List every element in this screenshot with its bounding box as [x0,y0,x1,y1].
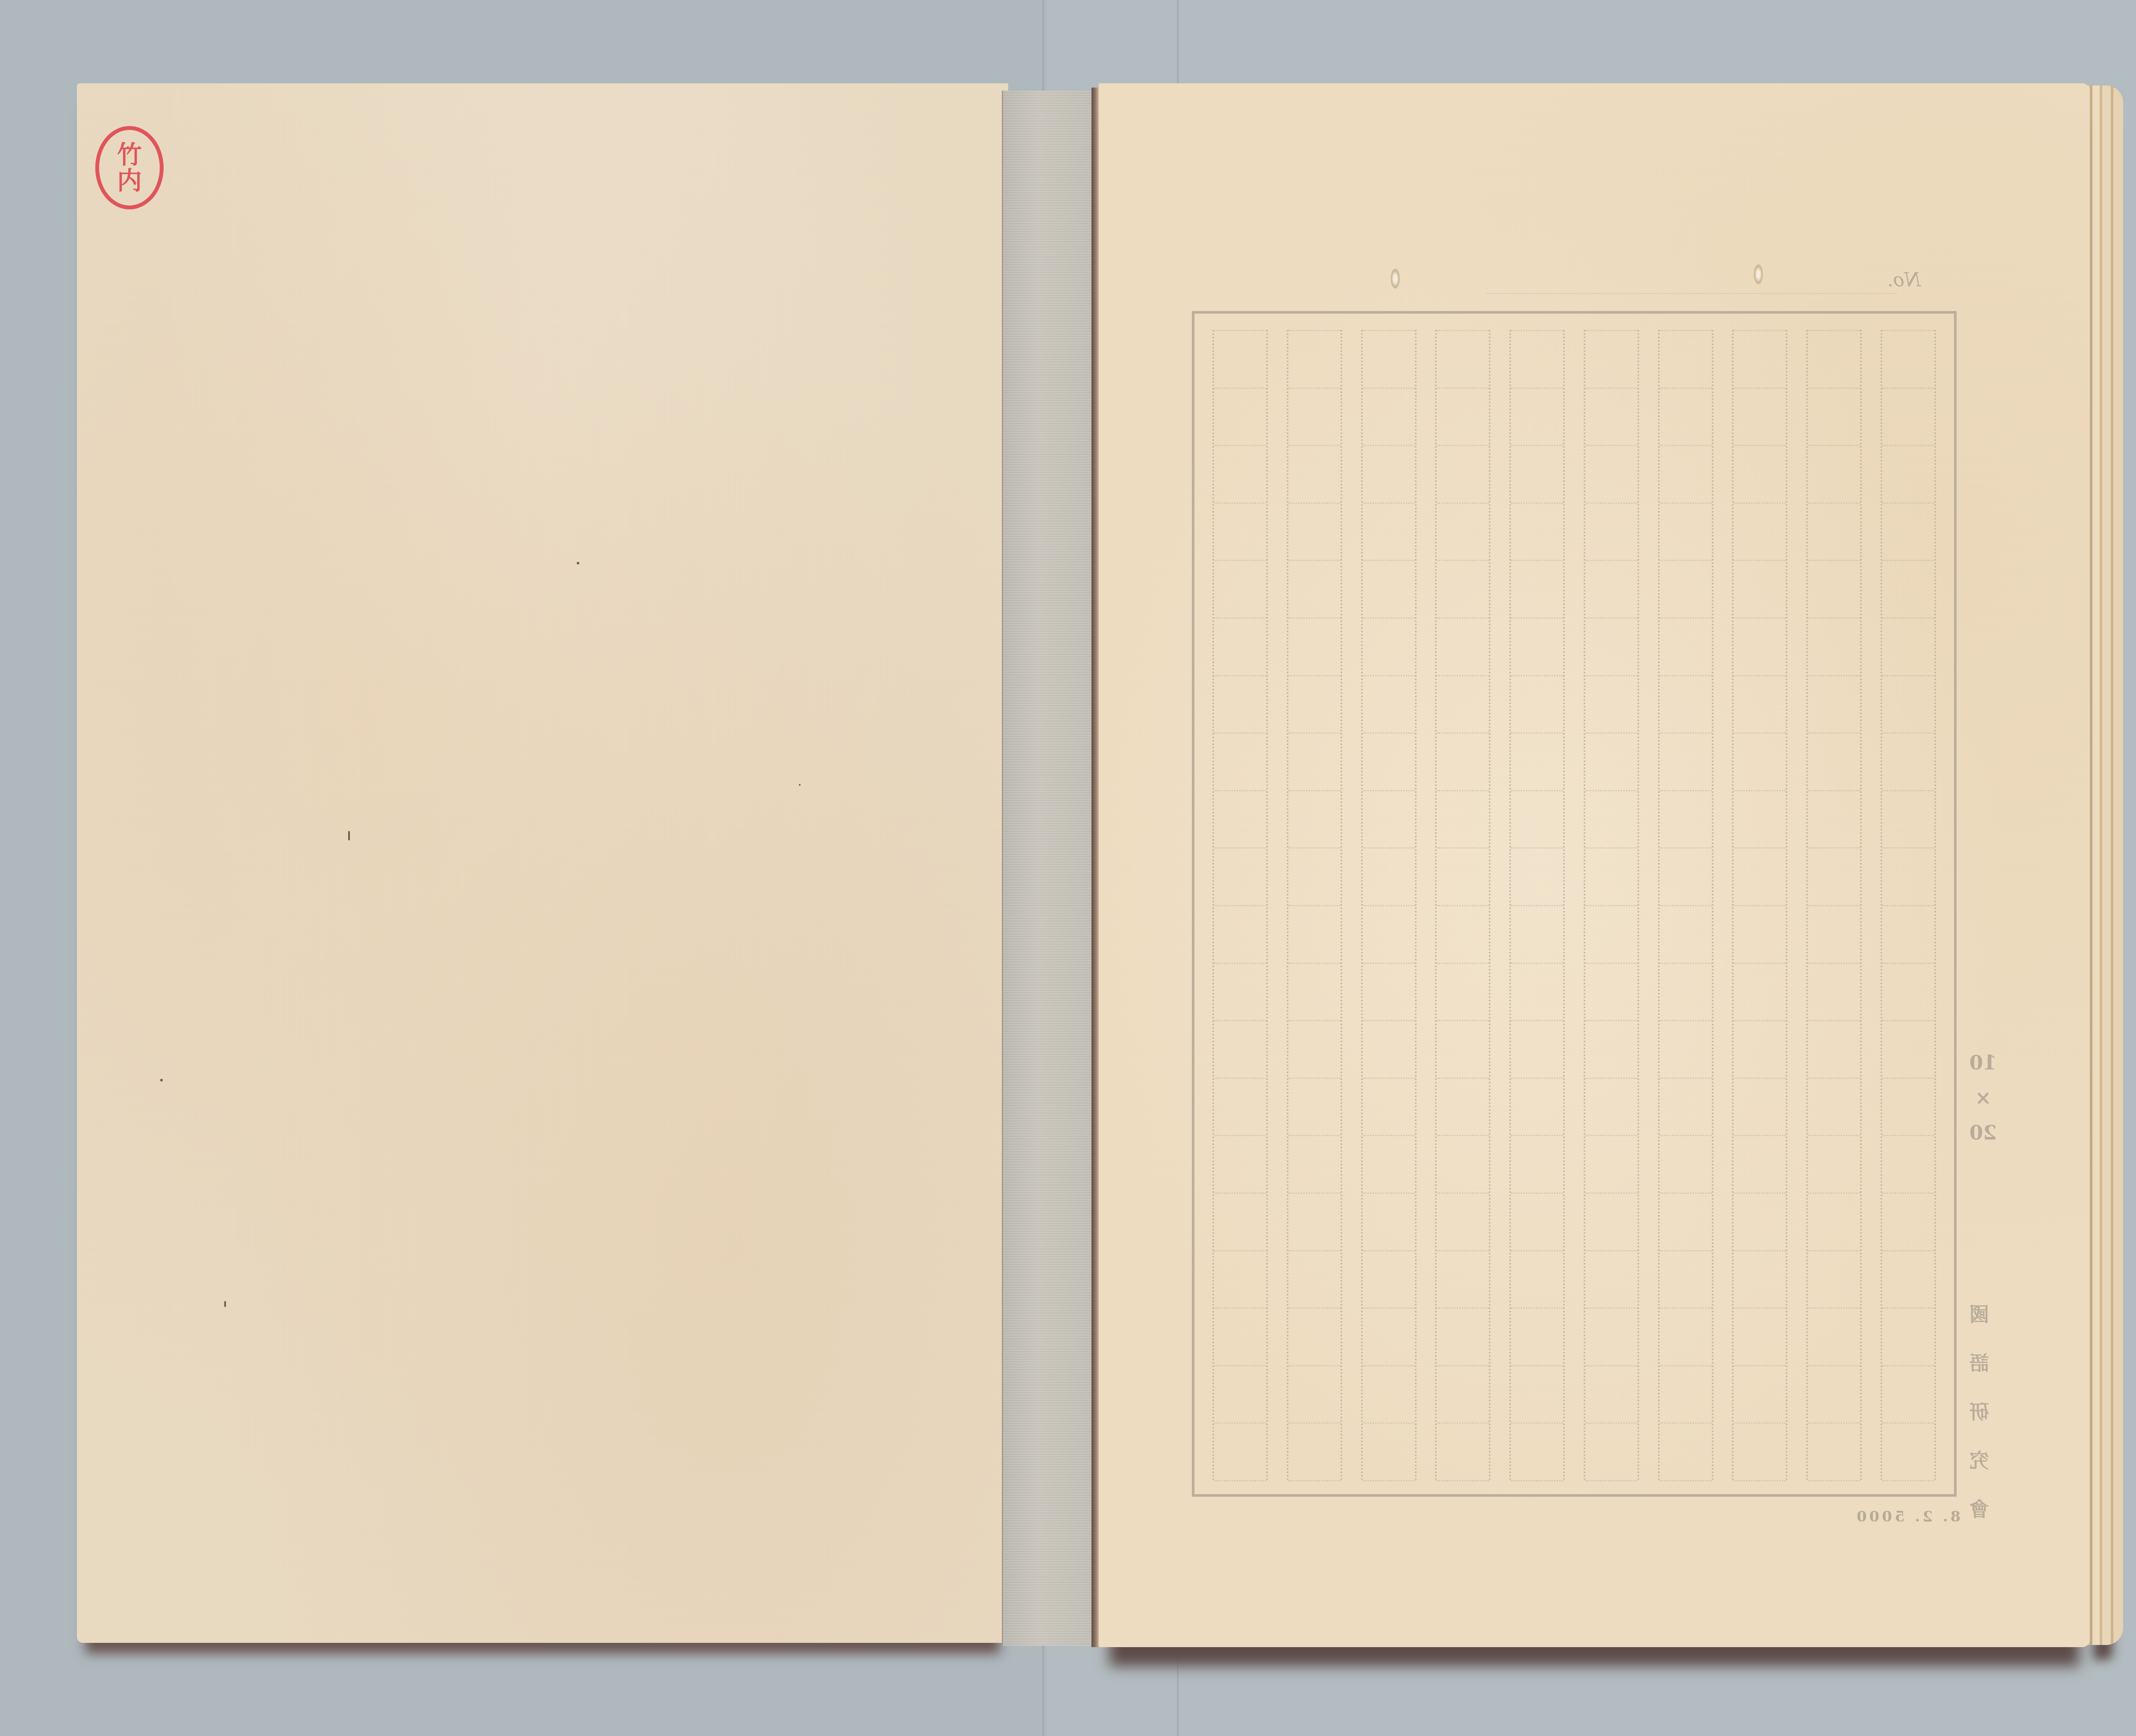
grid-cell [1214,389,1266,446]
grid-cell [1660,676,1712,734]
grid-cell [1734,1136,1786,1194]
grid-cell [1660,906,1712,964]
grid-cell [1734,791,1786,849]
grid-cell [1363,504,1415,561]
grid-cell [1585,619,1637,676]
grid-cell [1660,504,1712,561]
paper-speck [224,1301,226,1307]
grid-cell [1808,504,1860,561]
grid-cell [1660,1079,1712,1137]
grid-cell [1585,1136,1637,1194]
grid-cell [1214,1309,1266,1366]
grid-cell [1585,849,1637,906]
grid-column [1287,330,1342,1481]
grid-cell [1214,1194,1266,1251]
grid-cell [1363,619,1415,676]
grid-cell [1808,1194,1860,1251]
grid-cell [1288,1079,1341,1137]
grid-cell [1734,906,1786,964]
grid-cell [1808,330,1860,389]
grid-cell [1585,906,1637,964]
grid-cell [1214,1021,1266,1079]
grid-cell [1214,1251,1266,1309]
grid-cell [1808,1424,1860,1481]
grid-cell [1734,1251,1786,1309]
grid-cell [1511,446,1563,504]
grid-cell [1660,1366,1712,1424]
grid-cell [1585,1424,1637,1481]
grid-cell [1808,849,1860,906]
grid-cell [1585,1251,1637,1309]
grid-cell [1808,1136,1860,1194]
grid-cell [1288,791,1341,849]
grid-cell [1882,1136,1934,1194]
grid-cell [1437,791,1489,849]
grid-cell [1660,791,1712,849]
grid-cell [1882,1366,1934,1424]
publisher-char: 語 [1969,1348,1989,1376]
grid-cell [1511,561,1563,619]
grid-cell [1808,1079,1860,1137]
grid-cell [1734,330,1786,389]
grid-cell [1437,330,1489,389]
grid-cell [1437,906,1489,964]
grid-cell [1882,1251,1934,1309]
staple-hole [1754,264,1763,285]
grid-cell [1585,1079,1637,1137]
grid-cell [1734,561,1786,619]
grid-cell [1363,1251,1415,1309]
grid-cell [1882,446,1934,504]
grid-cell [1882,561,1934,619]
grid-cell [1288,1021,1341,1079]
grid-cell [1808,964,1860,1022]
grid-column [1584,330,1639,1481]
grid-cell [1437,676,1489,734]
grid-cell [1363,446,1415,504]
grid-cell [1511,1136,1563,1194]
grid-cell [1437,446,1489,504]
number-underline [1487,293,1897,294]
grid-cell [1363,1424,1415,1481]
grid-cell [1585,330,1637,389]
grid-cell [1585,504,1637,561]
grid-cell [1437,561,1489,619]
grid-cell [1808,1366,1860,1424]
grid-cell [1585,1021,1637,1079]
grid-cell [1288,1136,1341,1194]
seal-char: 竹 [117,142,142,168]
grid-column [1509,330,1565,1481]
grid-cell [1808,389,1860,446]
manuscript-grid [1192,311,1957,1497]
grid-column [1881,330,1936,1481]
grid-cell [1214,1424,1266,1481]
grid-cell [1214,791,1266,849]
grid-cell [1437,849,1489,906]
grid-cell [1882,734,1934,791]
grid-cell [1585,676,1637,734]
grid-cell [1363,330,1415,389]
grid-cell [1734,504,1786,561]
grid-cell [1437,619,1489,676]
grid-cell [1214,330,1266,389]
grid-cell [1437,964,1489,1022]
grid-cell [1437,1424,1489,1481]
grid-cell [1734,1424,1786,1481]
grid-cell [1808,906,1860,964]
paper-speck [577,562,579,564]
grid-cell [1214,1136,1266,1194]
grid-cell [1214,1366,1266,1424]
grid-cell [1585,1194,1637,1251]
grid-cell [1214,676,1266,734]
grid-cell [1363,1136,1415,1194]
grid-cell [1660,1021,1712,1079]
print-code: 8. 2. 5000 [1854,1508,1960,1525]
grid-cell [1288,1251,1341,1309]
grid-cell [1585,1366,1637,1424]
grid-cell [1808,734,1860,791]
grid-cell [1288,1194,1341,1251]
staple-hole [1391,268,1400,289]
grid-cell [1882,330,1934,389]
grid-cell [1363,561,1415,619]
grid-cell [1882,906,1934,964]
grid-cell [1288,561,1341,619]
grid-cell [1363,849,1415,906]
paper-speck [160,1079,163,1081]
grid-cell [1437,1194,1489,1251]
grid-cell [1660,1424,1712,1481]
grid-cell [1734,734,1786,791]
grid-cell [1437,1366,1489,1424]
grid-cell [1734,1309,1786,1366]
grid-cell [1734,676,1786,734]
grid-cell [1585,964,1637,1022]
grid-cell [1288,446,1341,504]
grid-cell [1882,1079,1934,1137]
grid-cell [1363,1309,1415,1366]
grid-cell [1214,561,1266,619]
grid-column [1435,330,1491,1481]
grid-cell [1511,791,1563,849]
grid-cell [1363,734,1415,791]
grid-cell [1511,849,1563,906]
grid-column [1732,330,1787,1481]
grid-cell [1437,1136,1489,1194]
grid-cell [1511,1251,1563,1309]
grid-cell [1808,791,1860,849]
grid-cell [1734,1079,1786,1137]
grid-cell [1363,791,1415,849]
gutter-shadow [1091,88,1099,1647]
grid-cell [1363,1079,1415,1137]
grid-cell [1214,734,1266,791]
grid-cell [1288,389,1341,446]
publisher-char: 會 [1969,1494,1989,1522]
grid-cell [1882,791,1934,849]
grid-cell [1585,561,1637,619]
grid-cell [1214,849,1266,906]
grid-cell [1511,1021,1563,1079]
grid-cell [1363,1194,1415,1251]
grid-cell [1882,619,1934,676]
grid-size-part: 10 [1969,1051,1997,1074]
grid-cell [1363,676,1415,734]
grid-size-part: 20 [1969,1121,1997,1144]
grid-cell [1808,1309,1860,1366]
grid-cell [1660,446,1712,504]
grid-cell [1214,1079,1266,1137]
grid-cell [1585,791,1637,849]
grid-cell [1363,1021,1415,1079]
grid-cell [1511,964,1563,1022]
grid-column [1806,330,1862,1481]
grid-cell [1437,1079,1489,1137]
grid-size-part: × [1975,1086,1992,1109]
grid-cell [1660,330,1712,389]
grid-cell [1511,1194,1563,1251]
grid-cell [1511,1366,1563,1424]
grid-cell [1288,734,1341,791]
grid-cell [1882,676,1934,734]
grid-cell [1882,1194,1934,1251]
grid-cell [1511,1079,1563,1137]
grid-cell [1808,676,1860,734]
seal-char: 内 [117,168,142,194]
grid-cell [1660,1251,1712,1309]
grid-cell [1585,734,1637,791]
grid-cell [1660,619,1712,676]
grid-cell [1511,906,1563,964]
grid-cell [1437,504,1489,561]
grid-size-label: 10 × 20 [1969,1051,1997,1144]
paper-speck [799,784,801,786]
grid-cell [1437,1309,1489,1366]
grid-cell [1660,849,1712,906]
grid-cell [1511,1309,1563,1366]
grid-cell [1660,964,1712,1022]
grid-cell [1734,1366,1786,1424]
grid-column [1658,330,1713,1481]
grid-cell [1288,906,1341,964]
grid-cell [1511,330,1563,389]
grid-cell [1288,676,1341,734]
grid-column [1212,330,1268,1481]
red-seal-stamp: 竹 内 [95,126,164,209]
grid-cell [1511,1424,1563,1481]
grid-cell [1363,964,1415,1022]
grid-cell [1808,619,1860,676]
grid-cell [1585,446,1637,504]
grid-cell [1437,734,1489,791]
grid-cell [1288,504,1341,561]
grid-cell [1882,1309,1934,1366]
grid-column [1361,330,1417,1481]
grid-cell [1511,619,1563,676]
grid-cell [1882,849,1934,906]
grid-cell [1214,504,1266,561]
spine-strip [1002,91,1093,1646]
grid-cell [1288,1366,1341,1424]
publisher-char: 研 [1969,1396,1989,1425]
grid-cell [1288,619,1341,676]
left-page: 竹 内 [77,83,1008,1643]
grid-cell [1808,561,1860,619]
grid-cell [1882,1021,1934,1079]
grid-cell [1437,1251,1489,1309]
publisher-char: 究 [1969,1445,1989,1473]
grid-cell [1363,389,1415,446]
grid-cell [1363,906,1415,964]
grid-cell [1734,619,1786,676]
grid-cell [1214,446,1266,504]
grid-cell [1808,1021,1860,1079]
publisher-name: 國 語 研 究 會 [1969,1299,1989,1522]
grid-cell [1660,389,1712,446]
grid-cell [1288,330,1341,389]
number-label: No. [1887,269,1921,291]
grid-cell [1882,504,1934,561]
grid-cell [1882,964,1934,1022]
grid-cell [1511,504,1563,561]
grid-cell [1734,964,1786,1022]
grid-cell [1734,389,1786,446]
grid-cell [1882,1424,1934,1481]
grid-cell [1734,1194,1786,1251]
grid-cell [1288,1424,1341,1481]
grid-cell [1660,1194,1712,1251]
grid-cell [1288,964,1341,1022]
grid-cell [1288,849,1341,906]
grid-cell [1214,906,1266,964]
paper-speck [348,831,350,840]
grid-cell [1437,389,1489,446]
grid-cell [1511,676,1563,734]
grid-cell [1585,1309,1637,1366]
grid-cell [1660,734,1712,791]
publisher-char: 國 [1969,1299,1989,1327]
grid-cell [1808,446,1860,504]
grid-cell [1585,389,1637,446]
grid-cell [1660,561,1712,619]
grid-cell [1437,1021,1489,1079]
grid-cell [1214,964,1266,1022]
grid-cell [1660,1309,1712,1366]
grid-cell [1511,734,1563,791]
grid-cell [1734,849,1786,906]
grid-cell [1288,1309,1341,1366]
grid-cell [1660,1136,1712,1194]
grid-cell [1734,446,1786,504]
grid-cell [1882,389,1934,446]
grid-cell [1511,389,1563,446]
grid-cell [1363,1366,1415,1424]
grid-cell [1808,1251,1860,1309]
grid-cell [1214,619,1266,676]
grid-cell [1734,1021,1786,1079]
